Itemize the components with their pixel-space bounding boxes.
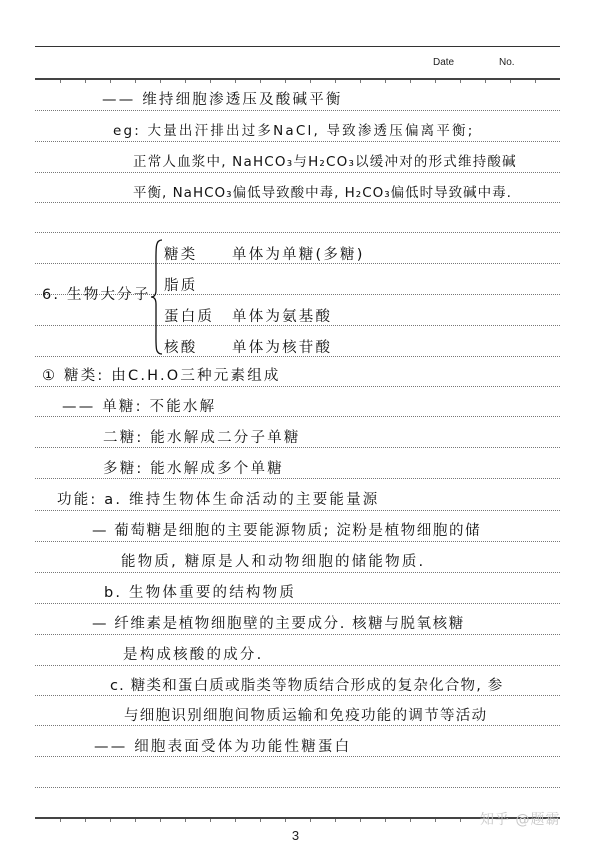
macro-name-lipid: 脂质 [164,276,197,296]
ruled-line [35,141,560,142]
ruled-line [35,386,560,387]
section-title-macromolecules: 6. 生物大分子 [42,285,151,305]
ruled-line [35,541,560,542]
note-line-15: 是构成核酸的成分. [123,645,263,665]
ruled-line [35,665,560,666]
macro-monomer-protein: 单体为氨基酸 [232,307,332,327]
note-line-1: —— 维持细胞渗透压及酸碱平衡 [102,90,343,110]
ruled-line [35,572,560,573]
note-line-8: 二糖: 能水解成二分子单糖 [103,428,301,448]
curly-brace-icon [150,238,164,356]
note-line-6: ① 糖类: 由C.H.O三种元素组成 [42,366,281,386]
page-number: 3 [0,828,591,843]
ruled-line [35,603,560,604]
ruled-line [35,110,560,111]
macro-name-nucleic-acid: 核酸 [164,338,197,358]
note-line-4: 平衡, NaHCO₃偏低导致酸中毒, H₂CO₃偏低时导致碱中毒. [133,183,512,203]
header-top-rule [35,46,560,47]
ruled-line [35,232,560,233]
note-line-2: eg: 大量出汗排出过多NaCl, 导致渗透压偏离平衡; [113,121,475,141]
notebook-page: Date No. —— 维持细胞渗透压及酸碱平衡 eg: 大量出汗排出过多NaC… [0,0,591,846]
macro-monomer-nucleic-acid: 单体为核苷酸 [232,338,332,358]
note-line-18: —— 细胞表面受体为功能性糖蛋白 [94,737,351,757]
note-line-13: b. 生物体重要的结构物质 [104,583,296,603]
header-ticks [35,80,560,84]
note-line-16: c. 糖类和蛋白质或脂类等物质结合形成的复杂化合物, 参 [110,676,504,696]
date-label: Date [433,57,454,68]
no-label: No. [499,57,515,68]
ruled-line [35,787,560,788]
note-line-12: 能物质, 糖原是人和动物细胞的储能物质. [121,552,425,572]
note-line-17: 与细胞识别细胞间物质运输和免疫功能的调节等活动 [124,706,487,726]
macro-name-protein: 蛋白质 [164,307,214,327]
note-line-11: — 葡萄糖是细胞的主要能源物质; 淀粉是植物细胞的储 [92,521,481,541]
note-line-14: — 纤维素是植物细胞壁的主要成分. 核糖与脱氧核糖 [92,614,465,634]
note-line-3: 正常人血浆中, NaHCO₃与H₂CO₃以缓冲对的形式维持酸碱 [133,152,517,172]
watermark: 知乎 @题霸 [480,809,560,829]
macro-monomer-sugar: 单体为单糖(多糖) [232,245,365,265]
ruled-line [35,172,560,173]
ruled-line [35,634,560,635]
note-line-10: 功能: a. 维持生物体生命活动的主要能量源 [57,490,380,510]
ruled-line [35,510,560,511]
note-line-7: —— 单糖: 不能水解 [62,397,216,417]
macro-name-sugar: 糖类 [164,245,197,265]
note-line-9: 多糖: 能水解成多个单糖 [103,459,284,479]
